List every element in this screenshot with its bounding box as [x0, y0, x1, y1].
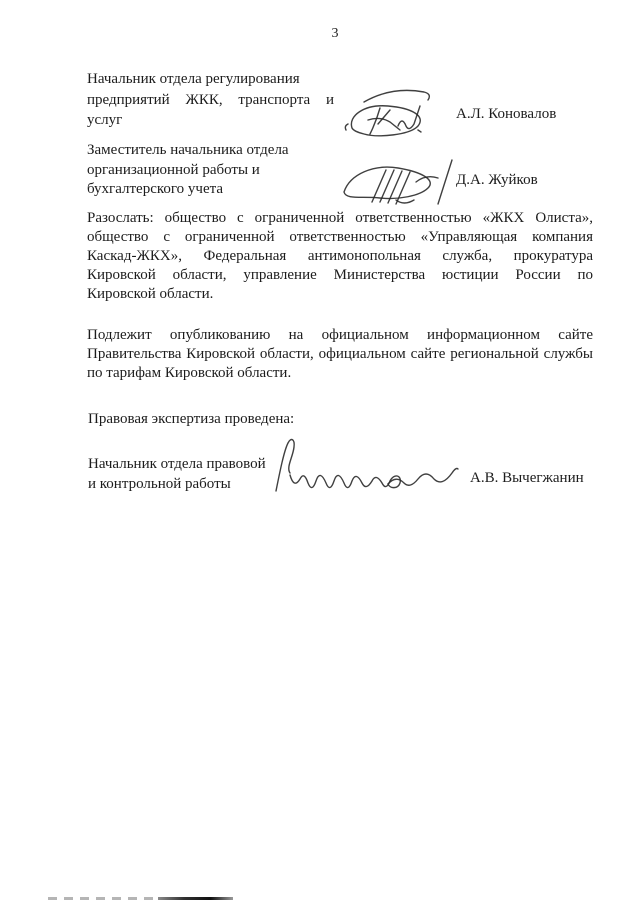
- scan-artifact-line: [158, 897, 233, 900]
- title-line: Начальник отдела регулирования: [87, 69, 334, 90]
- paragraph-line: Правительства Кировской области, официал…: [87, 345, 593, 364]
- title-line: Заместитель начальника отдела: [87, 141, 347, 161]
- scan-artifact-dashes: [48, 897, 158, 900]
- paragraph-line: по тарифам Кировской области.: [87, 364, 593, 383]
- legal-expertise-note: Правовая экспертиза проведена:: [88, 411, 294, 428]
- title-line: бухгалтерского учета: [87, 180, 347, 200]
- official-name: А.Л. Коновалов: [456, 106, 556, 123]
- page-number: 3: [300, 26, 370, 42]
- paragraph-line: Кировской области, управление Министерст…: [87, 266, 593, 285]
- title-line: предприятий ЖКК, транспорта и: [87, 90, 334, 111]
- official-title-zhuykov: Заместитель начальника отдела организаци…: [87, 141, 347, 200]
- official-name: А.В. Вычегжанин: [470, 470, 584, 487]
- vychegzhanin-signature: [272, 437, 462, 493]
- paragraph-line: Разослать: общество с ограниченной ответ…: [87, 209, 593, 228]
- paragraph-line: Подлежит опубликованию на официальном ин…: [87, 326, 593, 345]
- zhuykov-signature: [340, 156, 465, 208]
- paragraph-line: Кировской области.: [87, 285, 593, 304]
- distribution-paragraph: Разослать: общество с ограниченной ответ…: [87, 209, 593, 304]
- document-page: 3 Начальник отдела регулирования предпри…: [0, 0, 640, 905]
- official-title-konovalov: Начальник отдела регулирования предприят…: [87, 69, 334, 131]
- konovalov-signature: [340, 84, 440, 140]
- official-name: Д.А. Жуйков: [456, 172, 538, 189]
- paragraph-line: общество с ограниченной ответственностью…: [87, 228, 593, 247]
- title-line: организационной работы и: [87, 161, 347, 181]
- title-line: услуг: [87, 110, 334, 131]
- paragraph-line: Каскад-ЖКХ», Федеральная антимонопольная…: [87, 247, 593, 266]
- publication-paragraph: Подлежит опубликованию на официальном ин…: [87, 326, 593, 383]
